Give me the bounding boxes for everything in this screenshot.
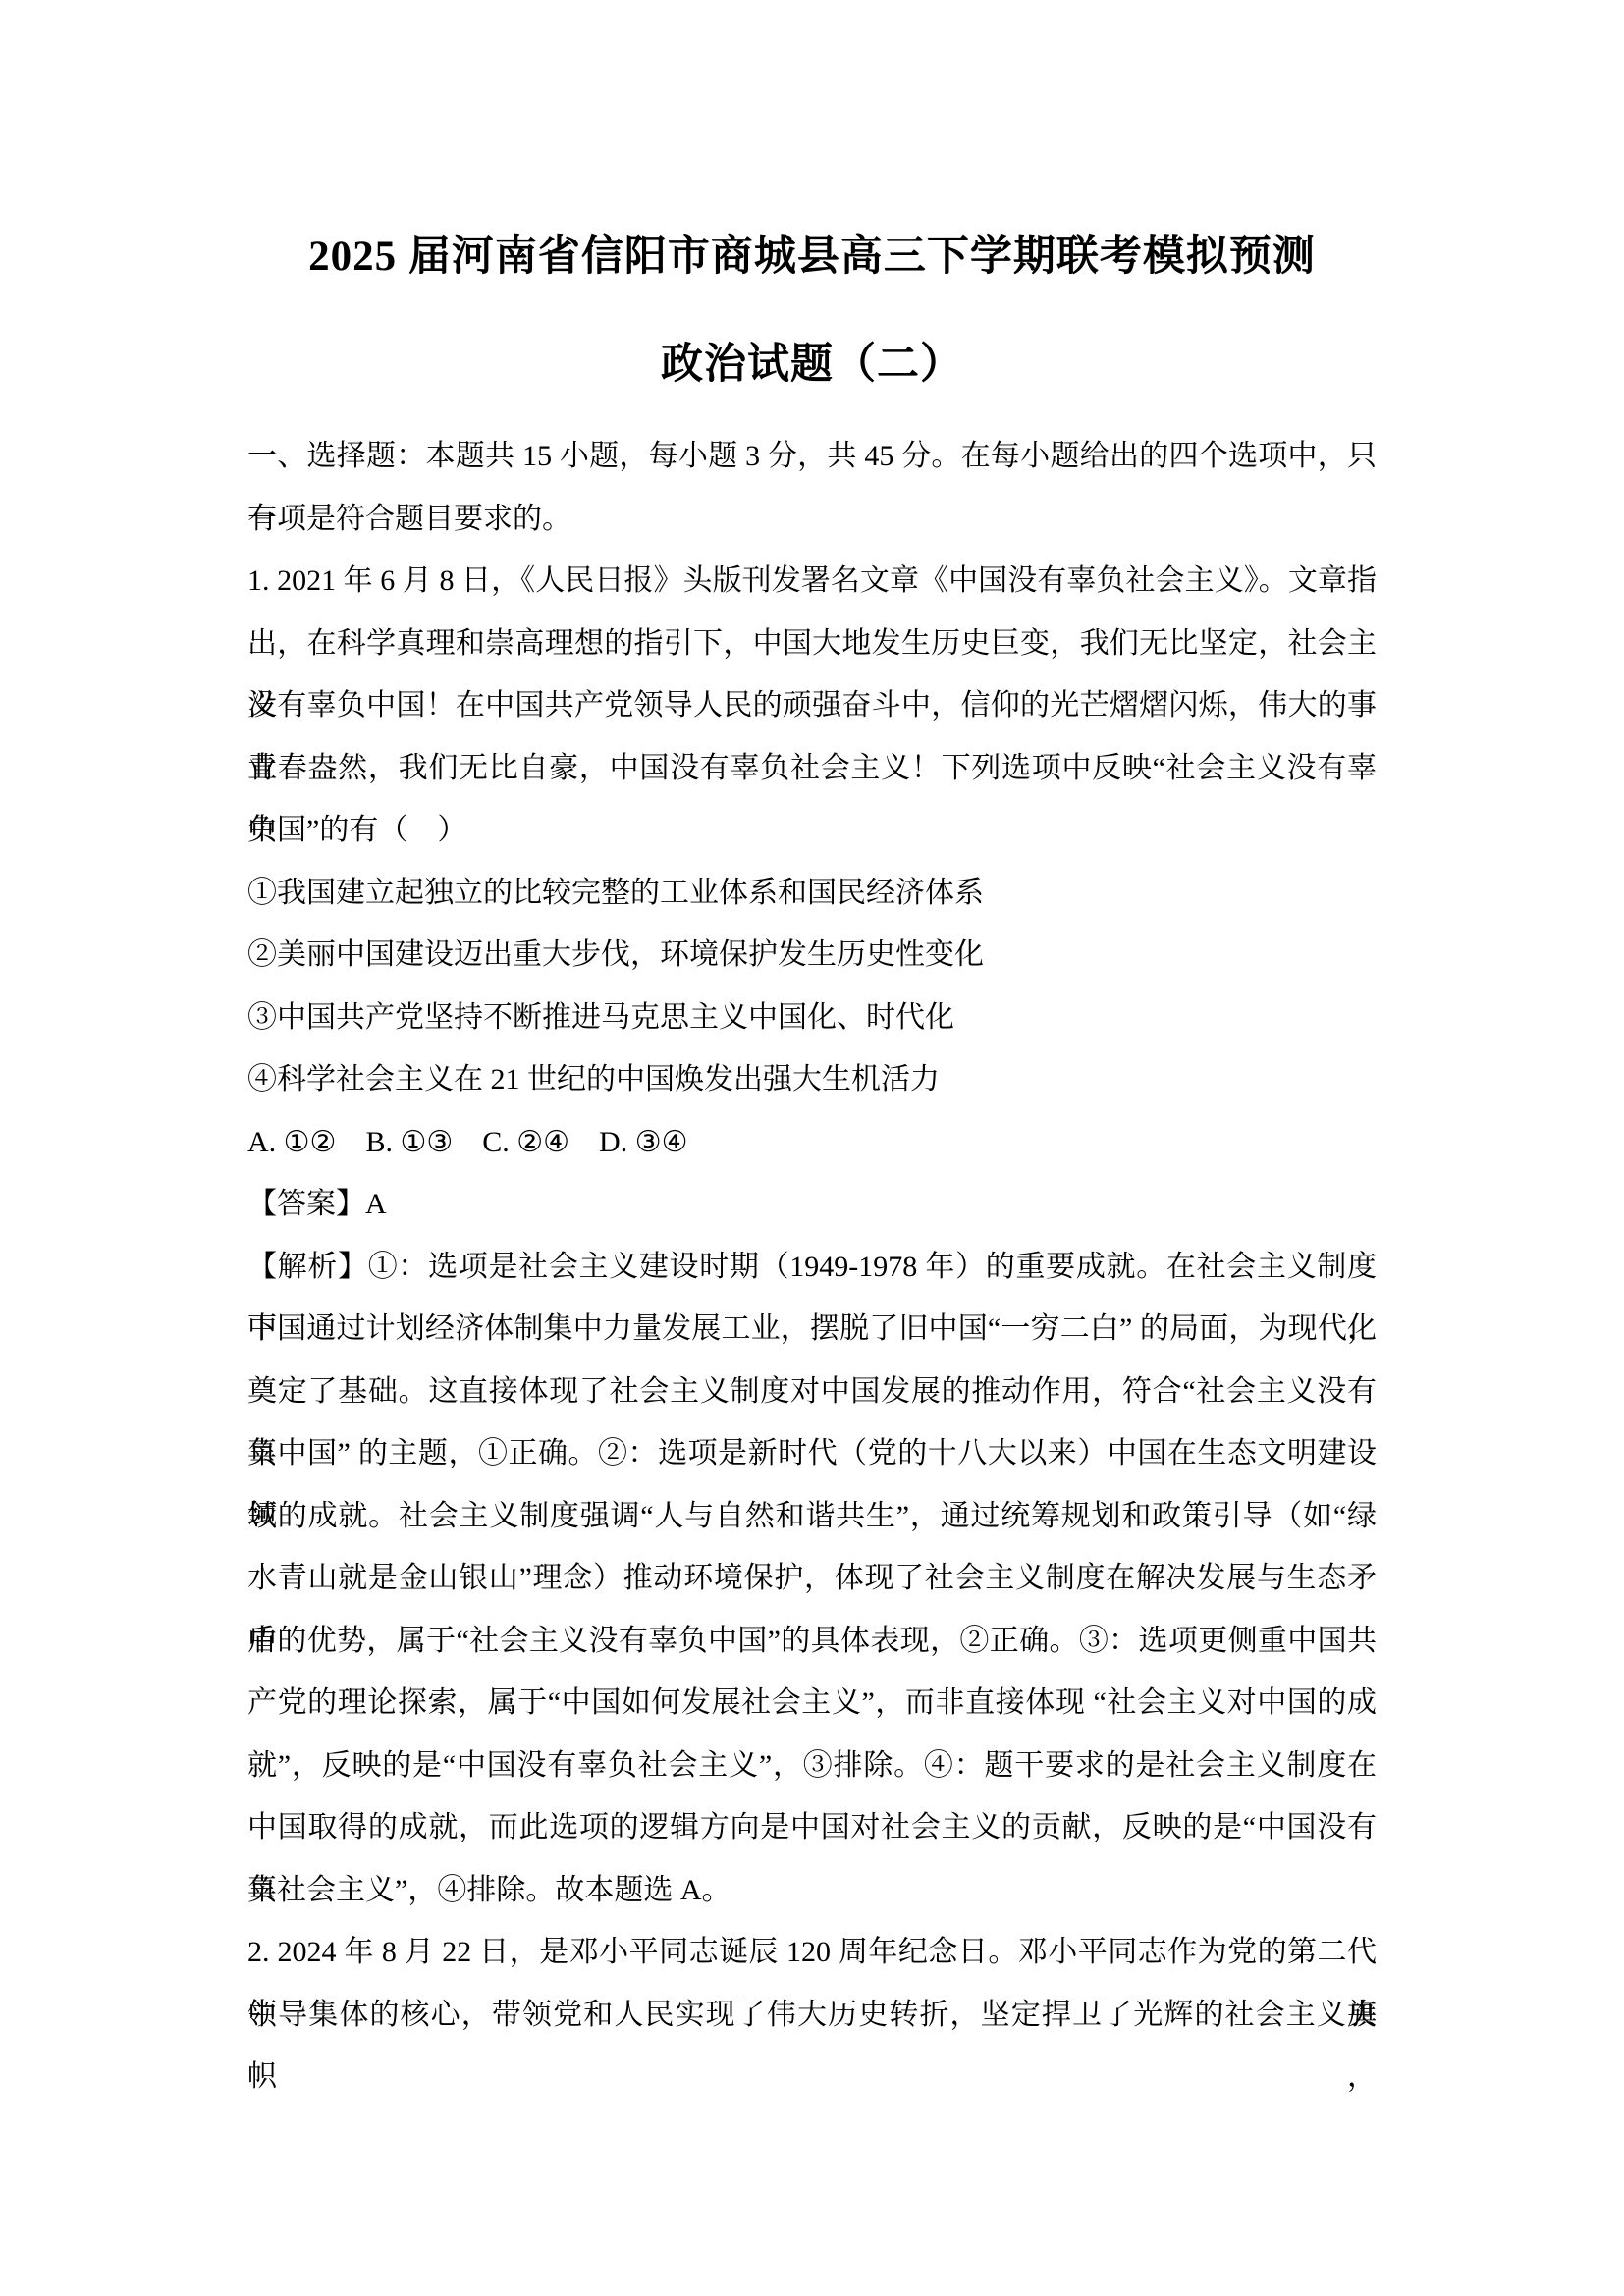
section-header-line: 一项是符合题目要求的。 <box>247 488 1377 551</box>
question-1-answer-line: 【答案】A <box>247 1173 1377 1236</box>
question-2-line: 2. 2024 年 8 月 22 日，是邓小平同志诞辰 120 周年纪念日。邓小… <box>247 1921 1377 1984</box>
question-1-analysis-line: 就”，反映的是“中国没有辜负社会主义”，③排除。④：题干要求的是社会主义制度在 <box>247 1735 1377 1797</box>
question-1-analysis-line: 负社会主义”，④排除。故本题选 A。 <box>247 1859 1377 1922</box>
question-1-analysis-line: 产党的理论探索，属于“中国如何发展社会主义”，而非直接体现 “社会主义对中国的成 <box>247 1672 1377 1735</box>
page: 2025 届河南省信阳市商城县高三下学期联考模拟预测 政治试题（二） 一、选择题… <box>0 0 1624 2296</box>
question-1-line: 青春盎然，我们无比自豪，中国没有辜负社会主义！下列选项中反映“社会主义没有辜负 <box>247 737 1377 800</box>
document-subtitle: 政治试题（二） <box>0 342 1624 389</box>
question-1-line: 出，在科学真理和崇高理想的指引下，中国大地发生历史巨变，我们无比坚定，社会主义 <box>247 613 1377 675</box>
question-1-line: 1. 2021 年 6 月 8 日，《人民日报》头版刊发署名文章《中国没有辜负社… <box>247 550 1377 613</box>
question-1-analysis-line: 奠定了基础。这直接体现了社会主义制度对中国发展的推动作用，符合“社会主义没有辜 <box>247 1361 1377 1423</box>
document-title: 2025 届河南省信阳市商城县高三下学期联考模拟预测 <box>0 234 1624 281</box>
document-body: 一、选择题：本题共 15 小题，每小题 3 分，共 45 分。在每小题给出的四个… <box>247 425 1377 2046</box>
question-1-analysis-line: 【解析】①：选项是社会主义建设时期（1949-1978 年）的重要成就。在社会主… <box>247 1236 1377 1299</box>
question-1-option-line: ①我国建立起独立的比较完整的工业体系和国民经济体系 <box>247 862 1377 925</box>
question-1-analysis-line: 域的成就。社会主义制度强调“人与自然和谐共生”，通过统筹规划和政策引导（如“绿 <box>247 1485 1377 1548</box>
question-1-option-line: ④科学社会主义在 21 世纪的中国焕发出强大生机活力 <box>247 1048 1377 1111</box>
question-1-option-line: ②美丽中国建设迈出重大步伐，环境保护发生历史性变化 <box>247 924 1377 987</box>
question-1-analysis-line: 中的优势，属于“社会主义没有辜负中国”的具体表现，②正确。③：选项更侧重中国共 <box>247 1610 1377 1673</box>
question-2-line: 领导集体的核心，带领党和人民实现了伟大历史转折，坚定捍卫了光辉的社会主义旗帜， <box>247 1984 1377 2047</box>
question-1-analysis-line: 中国通过计划经济体制集中力量发展工业，摆脱了旧中国“一穷二白” 的局面，为现代化 <box>247 1298 1377 1361</box>
question-1-analysis-line: 负中国” 的主题，①正确。②：选项是新时代（党的十八大以来）中国在生态文明建设领 <box>247 1422 1377 1485</box>
question-1-line: 中国”的有（ ） <box>247 799 1377 862</box>
section-header-line: 一、选择题：本题共 15 小题，每小题 3 分，共 45 分。在每小题给出的四个… <box>247 425 1377 488</box>
question-1-line: 没有辜负中国！在中国共产党领导人民的顽强奋斗中，信仰的光芒熠熠闪烁，伟大的事业 <box>247 674 1377 737</box>
question-1-option-line: ③中国共产党坚持不断推进马克思主义中国化、时代化 <box>247 987 1377 1049</box>
question-1-analysis-line: 中国取得的成就，而此选项的逻辑方向是中国对社会主义的贡献，反映的是“中国没有辜 <box>247 1796 1377 1859</box>
question-1-analysis-line: 水青山就是金山银山”理念）推动环境保护，体现了社会主义制度在解决发展与生态矛盾 <box>247 1547 1377 1610</box>
question-1-choices-line: A. ①② B. ①③ C. ②④ D. ③④ <box>247 1111 1377 1174</box>
